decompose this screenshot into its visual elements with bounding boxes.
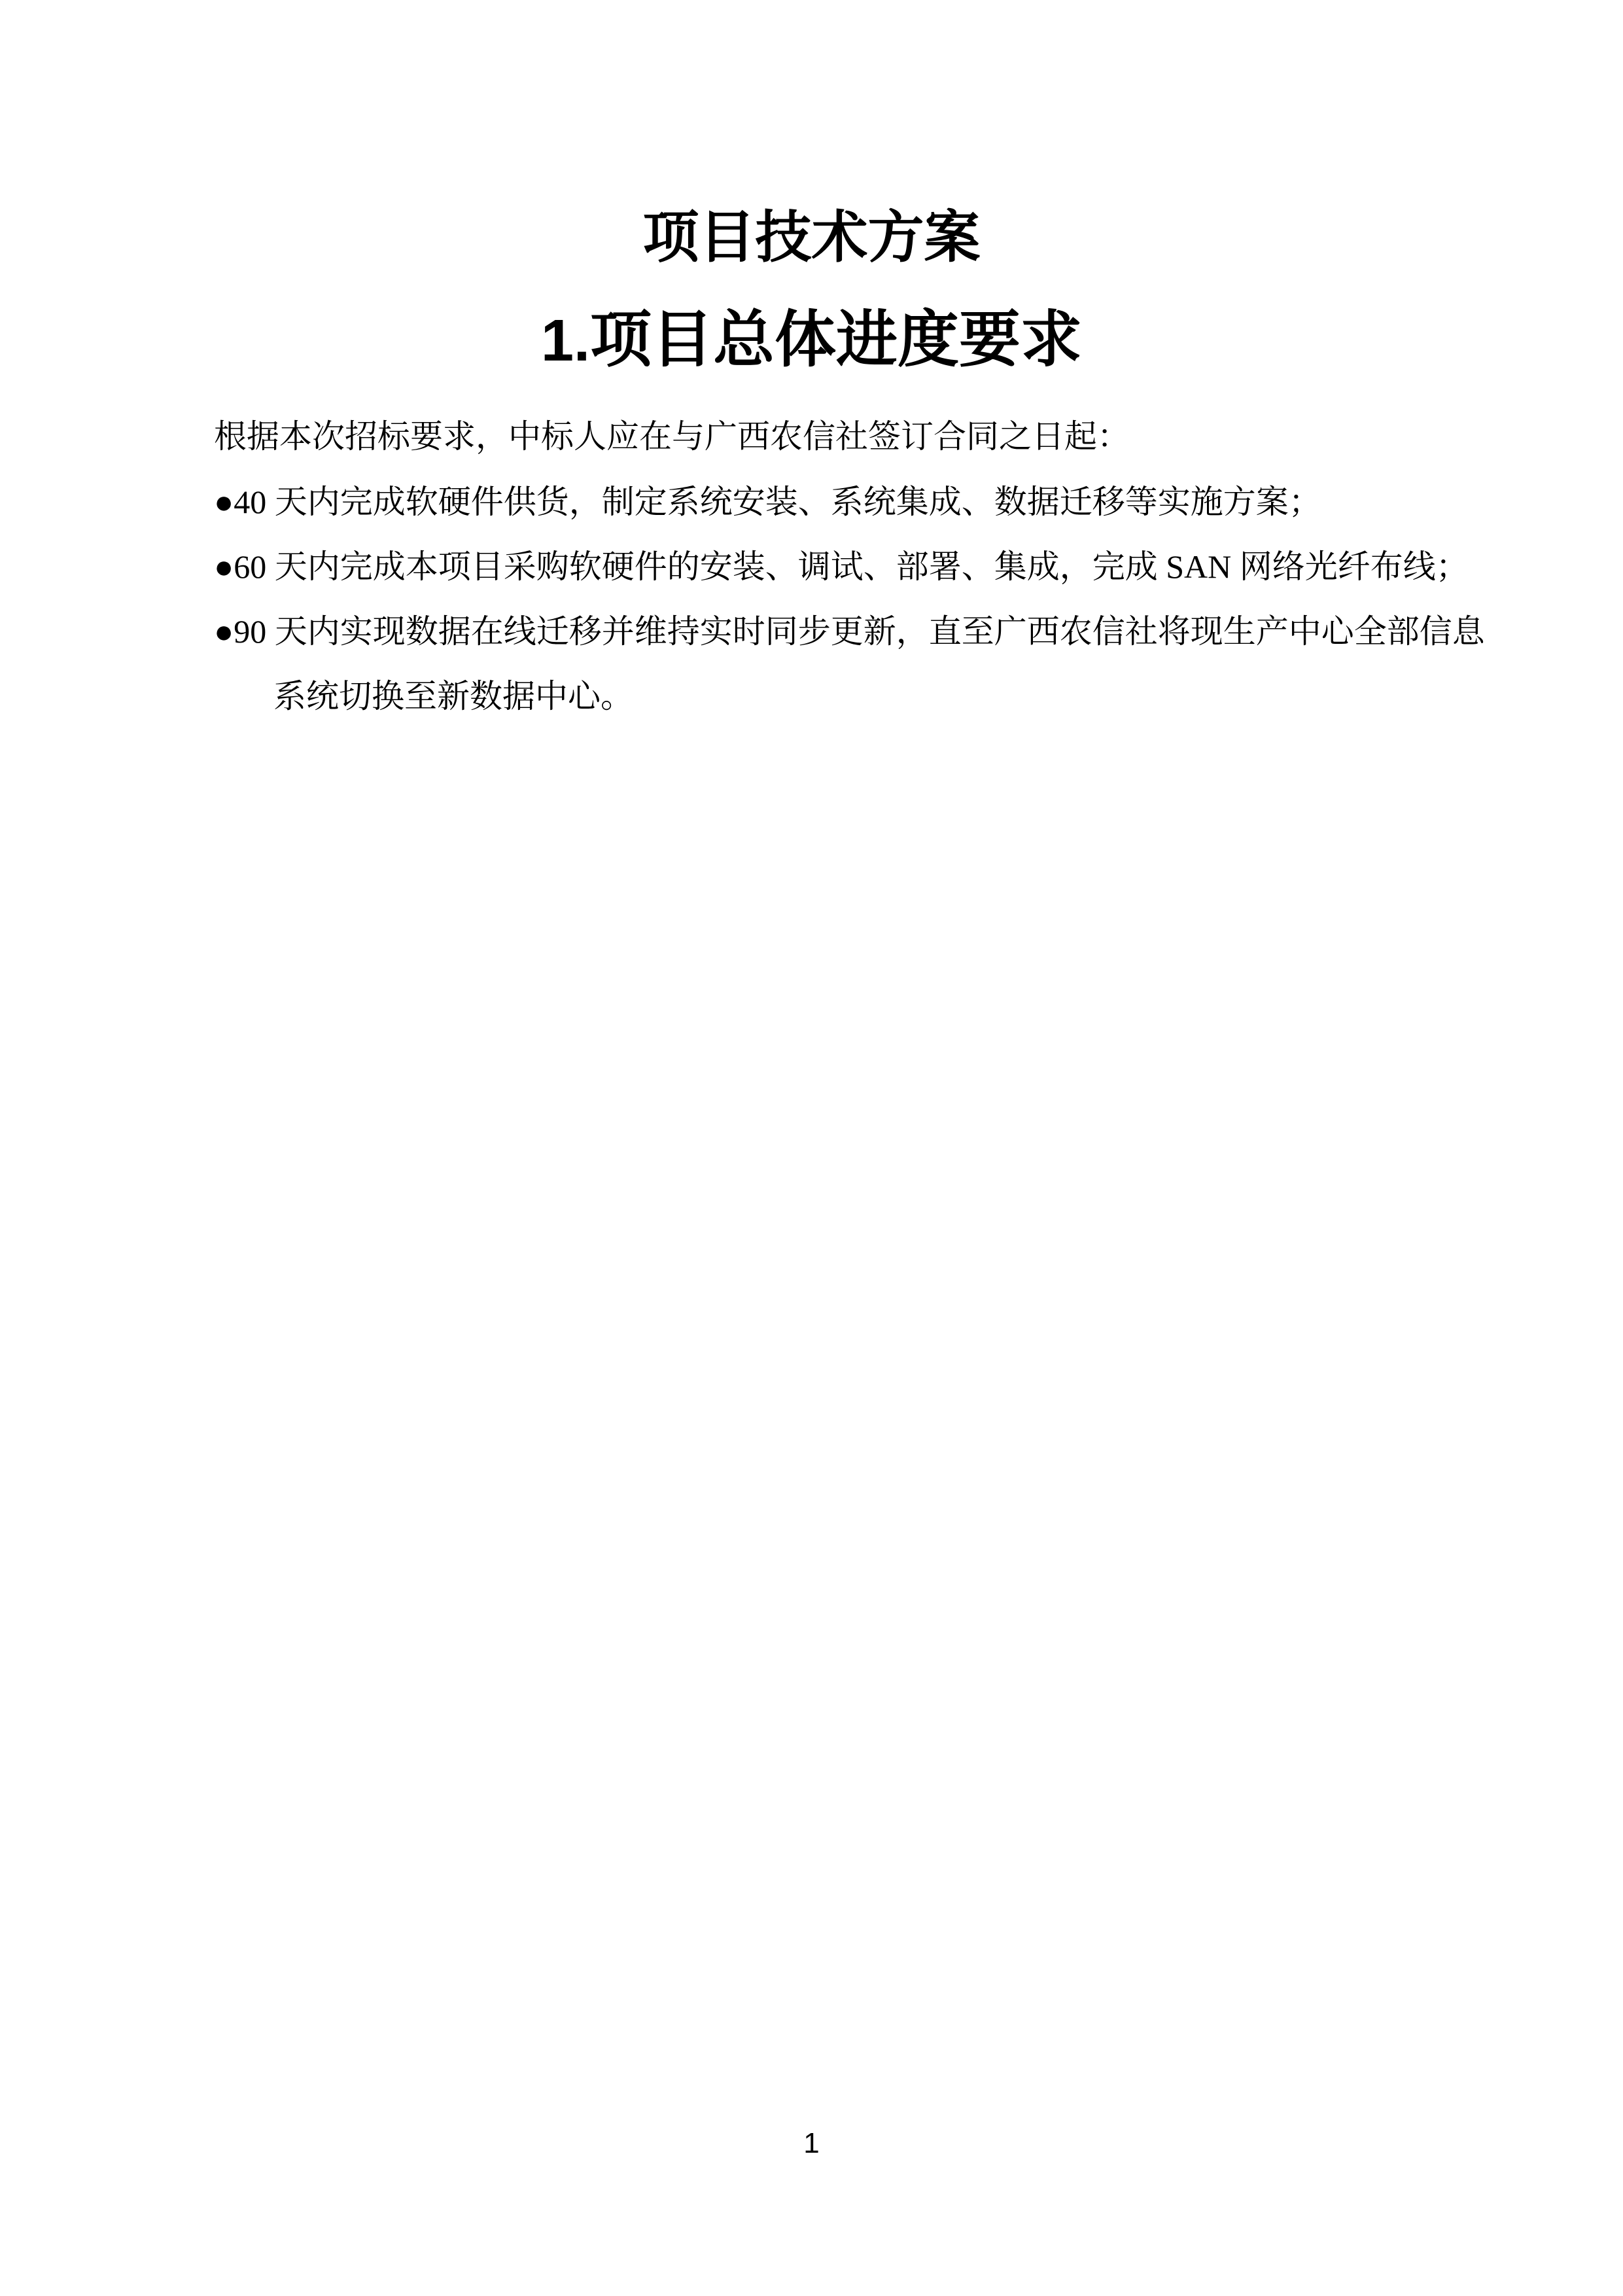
bullet-item-60-days: ●60 天内完成本项目采购软硬件的安装、调试、部署、集成，完成 SAN 网络光纤… — [214, 546, 1469, 587]
section-heading: 1.项目总体进度要求 — [0, 308, 1623, 374]
document-title: 项目技术方案 — [0, 208, 1623, 267]
section-heading-text: 项目总体进度要求 — [590, 306, 1082, 374]
bullet-item-90-days-line-2: 系统切换至新数据中心。 — [273, 676, 633, 716]
section-heading-number: 1. — [541, 308, 590, 374]
bullet-item-40-days: ●40 天内完成软硬件供货，制定系统安装、系统集成、数据迁移等实施方案； — [214, 482, 1321, 522]
bullet-item-90-days-line-1: ●90 天内实现数据在线迁移并维持实时同步更新，直至广西农信社将现生产中心全部信… — [214, 611, 1485, 652]
page-number: 1 — [0, 2128, 1623, 2159]
document-page: 项目技术方案 1.项目总体进度要求 根据本次招标要求，中标人应在与广西农信社签订… — [0, 0, 1623, 2296]
intro-paragraph: 根据本次招标要求，中标人应在与广西农信社签订合同之日起： — [214, 416, 1130, 457]
